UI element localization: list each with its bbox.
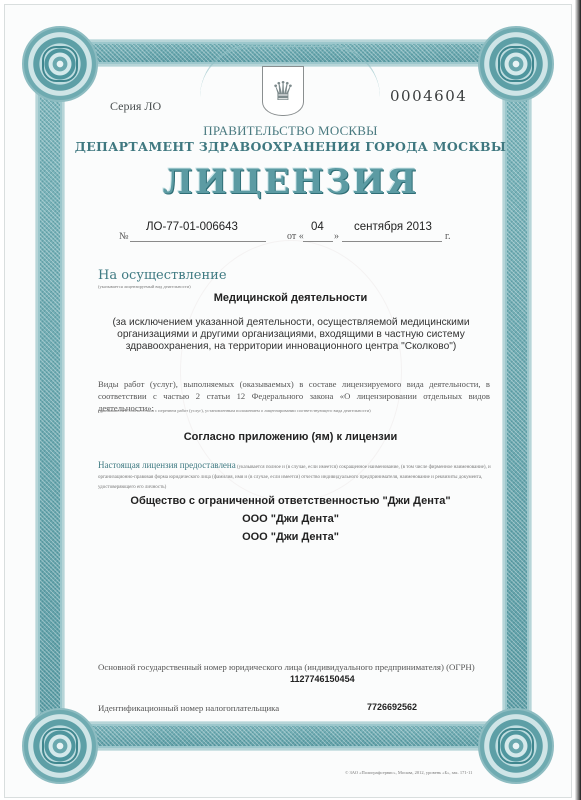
inn-value: 7726692562: [367, 702, 417, 712]
document-title: ЛИЦЕНЗИЯ: [0, 162, 581, 202]
rosette-top-right-icon: [478, 26, 554, 102]
rosette-bottom-right-icon: [478, 708, 554, 784]
license-number-row: № ЛО-77-01-006643 от « 04 » сентября 201…: [0, 221, 581, 243]
date-prefix: от «: [287, 231, 304, 242]
licensee-lead: Настоящая лицензия предоставлена: [98, 460, 236, 470]
works-hint: (указываются в соответствии с перечнем р…: [98, 408, 371, 413]
rosette-top-left-icon: [22, 26, 98, 102]
scan-edge-shadow: [575, 0, 581, 800]
license-month-year: сентября 2013: [354, 221, 432, 233]
ogrn-label: Основной государственный номер юридическ…: [98, 662, 475, 672]
ogrn-value: 1127746150454: [290, 674, 355, 684]
licensee-brand-name: ООО "Джи Дента": [0, 531, 581, 543]
day-underline: [303, 241, 333, 242]
inn-label: Идентификационный номер налогоплательщик…: [98, 703, 279, 713]
number-underline: [130, 241, 266, 242]
license-number: ЛО-77-01-006643: [146, 221, 238, 233]
date-quote-close: »: [334, 231, 339, 242]
year-suffix: г.: [445, 231, 450, 242]
authority-department: ДЕПАРТАМЕНТ ЗДРАВООХРАНЕНИЯ ГОРОДА МОСКВ…: [0, 139, 581, 154]
license-day: 04: [311, 221, 324, 233]
activity-heading-hint: (указывается лицензируемый вид деятельно…: [98, 284, 191, 289]
month-underline: [342, 241, 442, 242]
activity-name: Медицинской деятельности: [0, 292, 581, 304]
activity-heading: На осуществление: [98, 268, 227, 283]
licensee-full-name: Общество с ограниченной ответственностью…: [0, 495, 581, 507]
printer-imprint: © ЗАО «Полиграфсервис», Москва, 2012, ур…: [345, 770, 472, 775]
licensee-short-name: ООО "Джи Дента": [0, 513, 581, 525]
serial-number: 0004604: [390, 87, 467, 105]
rosette-bottom-left-icon: [22, 708, 98, 784]
activity-note: (за исключением указанной деятельности, …: [90, 317, 492, 353]
series-label: Серия ЛО: [110, 99, 161, 114]
works-value: Согласно приложению (ям) к лицензии: [0, 431, 581, 443]
number-sign: №: [119, 231, 129, 242]
authority-government: ПРАВИТЕЛЬСТВО МОСКВЫ: [0, 123, 581, 139]
frame-bottom-band: [60, 722, 524, 750]
licensee-intro: Настоящая лицензия предоставлена (указыв…: [98, 460, 493, 493]
coat-of-arms-icon: ♛: [262, 66, 304, 116]
